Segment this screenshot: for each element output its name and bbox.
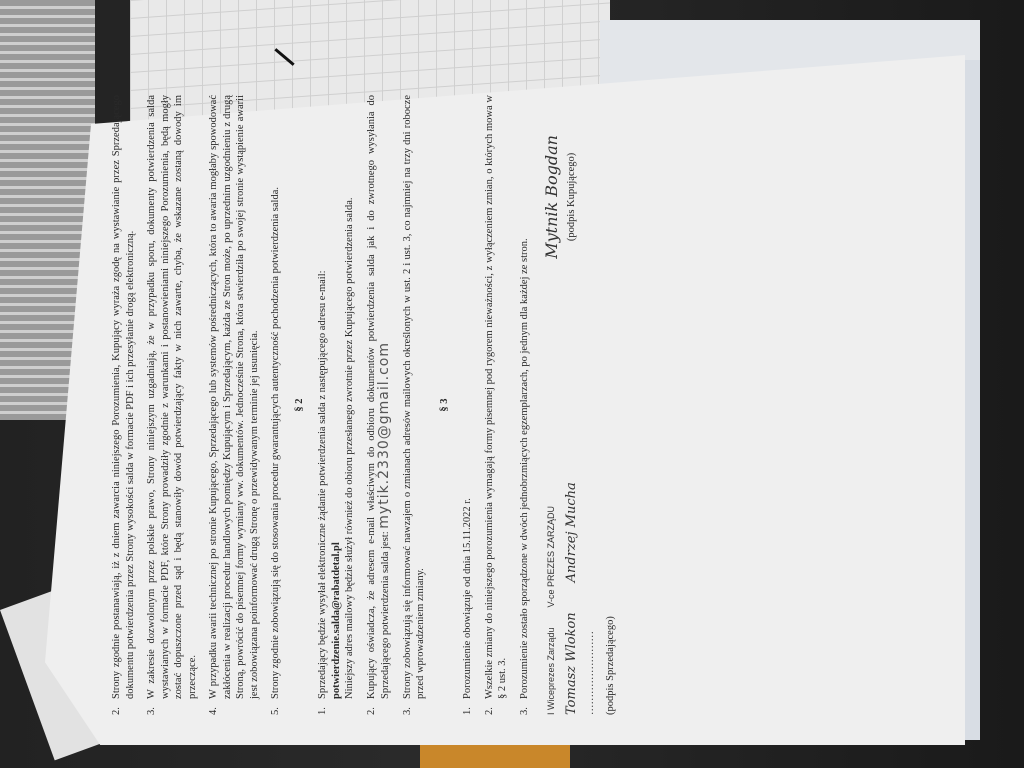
signatures: I Wiceprezes Zarządu V-ce PREZES ZARZĄDU…	[545, 95, 617, 715]
item-number: 2.	[365, 699, 393, 715]
item-number: 1.	[316, 699, 357, 715]
item-text: W przypadku awarii technicznej po stroni…	[207, 95, 261, 699]
s2-item-3: 3.Strony zobowiązują się informować nawz…	[401, 95, 428, 715]
seller-email: potwierdzenie.salda@rabatdetal.pl	[331, 542, 342, 699]
item-text: Porozumienie obowiązuje od dnia 15.11.20…	[461, 95, 475, 699]
item-number: 3.	[518, 699, 532, 715]
item-number: 2.	[110, 699, 137, 715]
seller-signature-block: I Wiceprezes Zarządu V-ce PREZES ZARZĄDU…	[545, 482, 617, 715]
s1-item-4: 4.W przypadku awarii technicznej po stro…	[207, 95, 261, 715]
s3-item-1: 1.Porozumienie obowiązuje od dnia 15.11.…	[461, 95, 475, 715]
item-number: 3.	[145, 699, 199, 715]
item-text: Strony zgodnie postanawiają, iż z dniem …	[110, 95, 137, 699]
buyer-signature-block: Mytnik Bogdan (podpis Kupującego)	[545, 135, 617, 259]
buyer-signature-label: (podpis Kupującego)	[565, 153, 579, 241]
s2-item-2: 2. Kupujący oświadcza, że adresem e-mail…	[365, 95, 393, 715]
item-text-part: Sprzedający będzie wysyłał elektroniczne…	[317, 270, 328, 699]
document-text: 2.Strony zgodnie postanawiają, iż z dnie…	[110, 95, 750, 715]
s1-item-5: 5.Strony zgodnie zobowiązują się do stos…	[269, 95, 283, 715]
s1-item-2: 2.Strony zgodnie postanawiają, iż z dnie…	[110, 95, 137, 715]
section-2-heading: § 2	[293, 95, 307, 715]
s1-item-3: 3.W zakresie dozwolonym przez polskie pr…	[145, 95, 199, 715]
item-text: W zakresie dozwolonym przez polskie praw…	[145, 95, 199, 699]
s3-item-2: 2.Wszelkie zmiany do niniejszego porozum…	[483, 95, 510, 715]
seller-stamp-2: V-ce PREZES ZARZĄDU	[545, 506, 559, 608]
item-text: Porozumienie zostało sporządzone w dwóch…	[518, 95, 532, 699]
s2-item-1: 1. Sprzedający będzie wysyłał elektronic…	[316, 95, 357, 715]
seller-signature-label: (podpis Sprzedającego)	[604, 482, 618, 715]
item-text-part: Niniejszy adres mailowy będzie służył ró…	[344, 198, 355, 699]
seller-signature-2: Andrzej Mucha	[565, 482, 579, 582]
seller-stamp-1: I Wiceprezes Zarządu	[545, 627, 559, 715]
item-number: 4.	[207, 699, 261, 715]
buyer-signature: Mytnik Bogdan	[545, 135, 559, 259]
item-number: 1.	[461, 699, 475, 715]
s3-item-3: 3.Porozumienie zostało sporządzone w dwó…	[518, 95, 532, 715]
item-text: Strony zobowiązują się informować nawzaj…	[401, 95, 428, 699]
signature-line: ……………………	[584, 482, 598, 715]
seller-signature-1: Tomasz Wlokon	[565, 612, 579, 715]
section-3-heading: § 3	[438, 95, 452, 715]
item-number: 5.	[269, 699, 283, 715]
item-number: 2.	[483, 699, 510, 715]
item-text: Sprzedający będzie wysyłał elektroniczne…	[316, 95, 357, 699]
item-text: Kupujący oświadcza, że adresem e-mail wł…	[365, 95, 393, 699]
item-number: 3.	[401, 699, 428, 715]
buyer-email-handwritten: mytik.2330@gmail.com	[376, 342, 392, 529]
item-text: Strony zgodnie zobowiązują się do stosow…	[269, 95, 283, 699]
item-text: Wszelkie zmiany do niniejszego porozumie…	[483, 95, 510, 699]
